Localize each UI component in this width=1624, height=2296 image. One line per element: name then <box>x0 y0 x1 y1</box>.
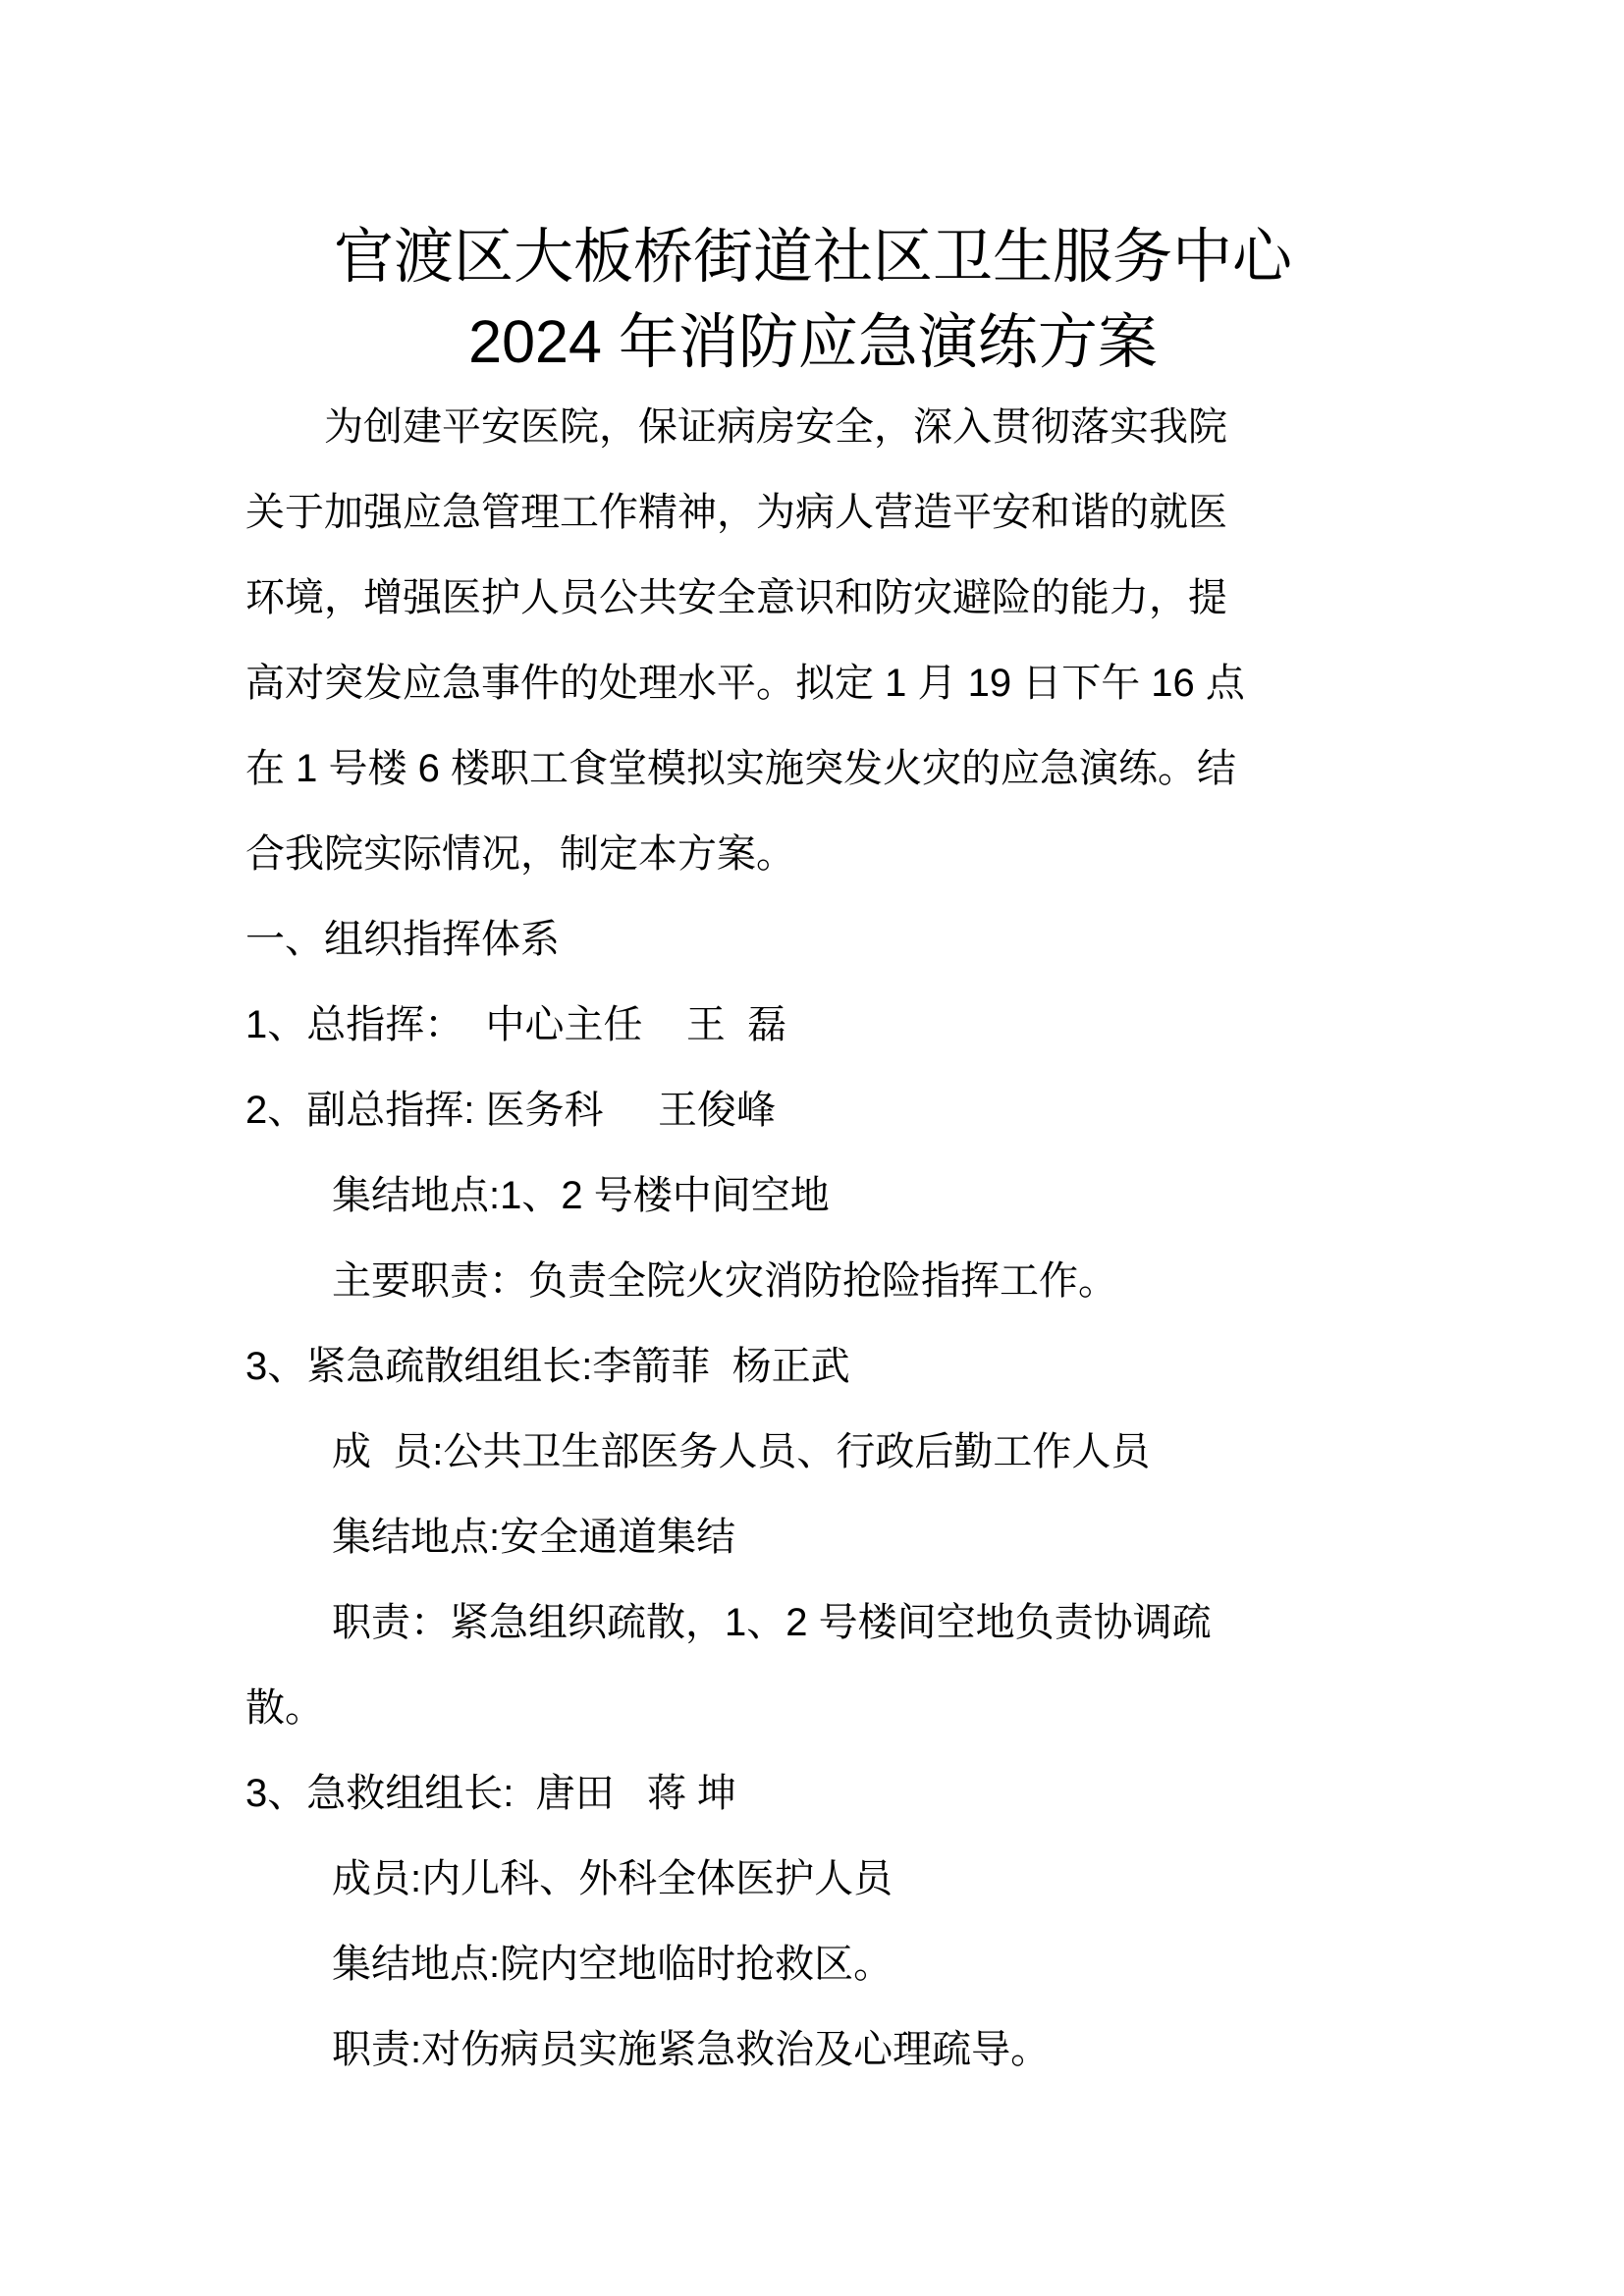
text-line: 3、急救组组长: 唐田 蒋 坤 <box>245 1751 1380 1837</box>
text-line: 关于加强应急管理工作精神，为病人营造平安和谐的就医 <box>245 470 1380 556</box>
text-line: 为创建平安医院，保证病房安全，深入贯彻落实我院 <box>245 385 1380 470</box>
document-title: 官渡区大板桥街道社区卫生服务中心 2024 年消防应急演练方案 <box>245 214 1380 385</box>
text-line: 职责：紧急组织疏散，1、2 号楼间空地负责协调疏 <box>245 1580 1380 1666</box>
text-line: 集结地点:院内空地临时抢救区。 <box>245 1922 1380 2007</box>
document-body: 为创建平安医院，保证病房安全，深入贯彻落实我院关于加强应急管理工作精神，为病人营… <box>245 385 1380 2093</box>
text-line: 3、紧急疏散组组长:李箭菲 杨正武 <box>245 1324 1380 1410</box>
text-line: 合我院实际情况，制定本方案。 <box>245 812 1380 897</box>
text-line: 成员:内儿科、外科全体医护人员 <box>245 1837 1380 1922</box>
text-line: 2、副总指挥: 医务科 王俊峰 <box>245 1068 1380 1153</box>
text-line: 环境，增强医护人员公共安全意识和防灾避险的能力，提 <box>245 556 1380 641</box>
text-line: 主要职责：负责全院火灾消防抢险指挥工作。 <box>245 1239 1380 1324</box>
document-page: 官渡区大板桥街道社区卫生服务中心 2024 年消防应急演练方案 为创建平安医院，… <box>0 0 1624 2296</box>
text-line: 集结地点:安全通道集结 <box>245 1495 1380 1580</box>
text-line: 一、组织指挥体系 <box>245 897 1380 983</box>
document-title-line-1: 官渡区大板桥街道社区卫生服务中心 <box>245 214 1380 299</box>
document-title-line-2: 2024 年消防应急演练方案 <box>245 299 1380 385</box>
text-line: 职责:对伤病员实施紧急救治及心理疏导。 <box>245 2007 1380 2093</box>
text-line: 成 员:公共卫生部医务人员、行政后勤工作人员 <box>245 1410 1380 1495</box>
text-line: 1、总指挥： 中心主任 王 磊 <box>245 983 1380 1068</box>
text-line: 在 1 号楼 6 楼职工食堂模拟实施突发火灾的应急演练。结 <box>245 726 1380 812</box>
text-line: 高对突发应急事件的处理水平。拟定 1 月 19 日下午 16 点 <box>245 641 1380 726</box>
text-line: 散。 <box>245 1666 1380 1751</box>
text-line: 集结地点:1、2 号楼中间空地 <box>245 1153 1380 1239</box>
